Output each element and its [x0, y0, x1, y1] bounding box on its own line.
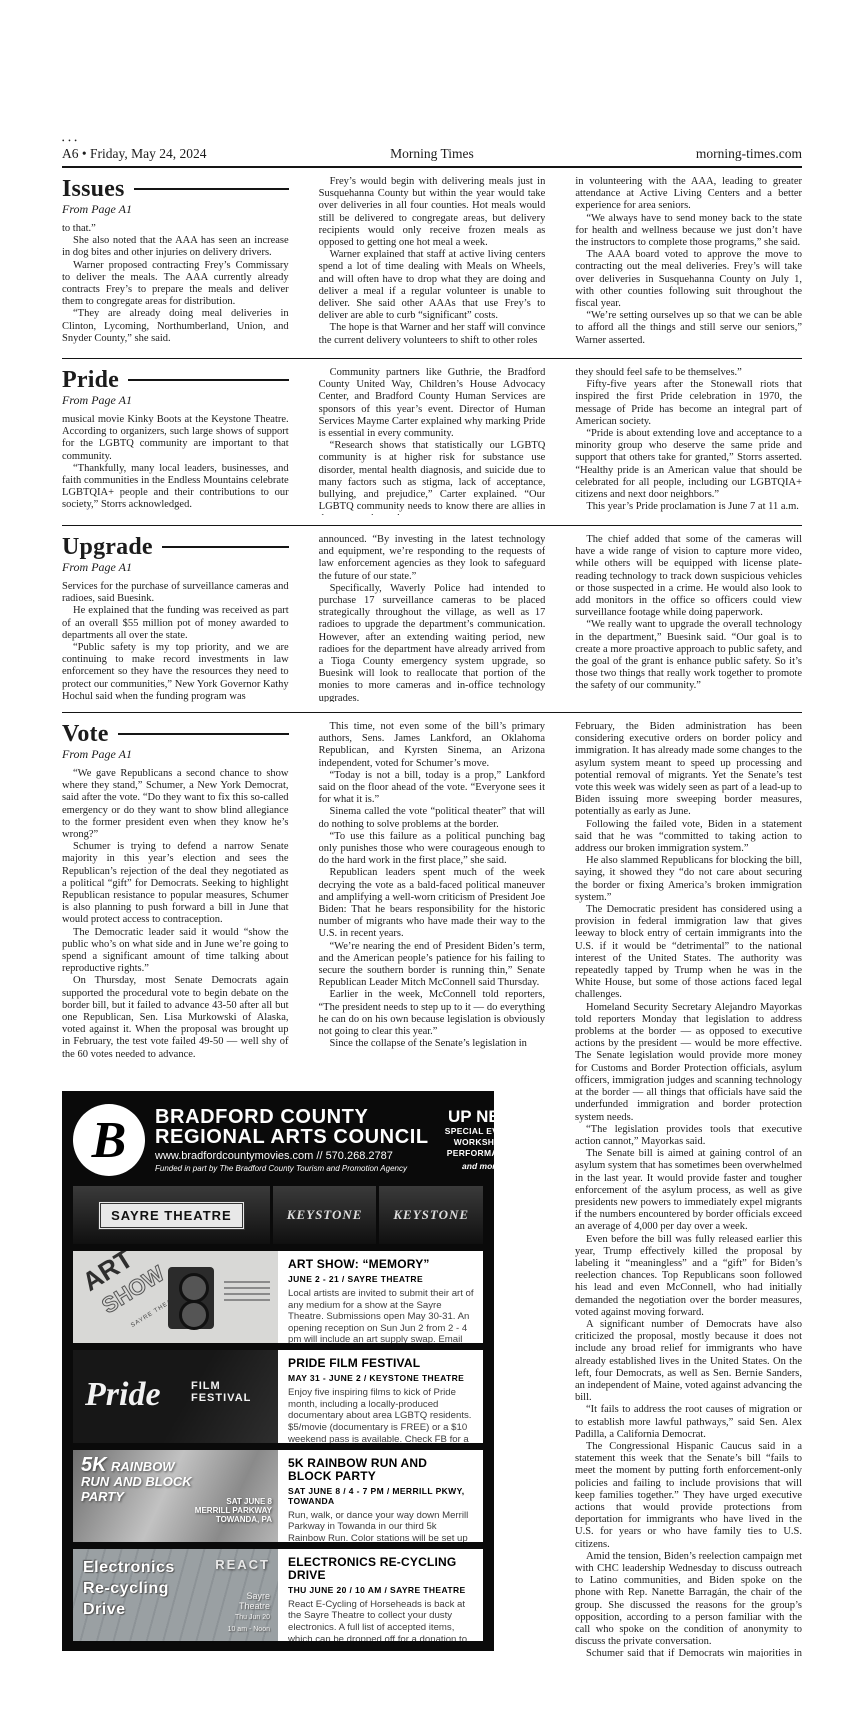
- section-heading: Pride From Page A1: [62, 367, 289, 408]
- article-paragraph: Amid the tension, Biden’s reelection cam…: [575, 1551, 802, 1649]
- venue-line: Sayre: [246, 1591, 270, 1601]
- keystone-theatre-photo-2: KEYSTONE: [379, 1186, 483, 1244]
- pride-column-3: they should feel safe to be themselves.”…: [575, 367, 802, 515]
- recycling-drive-image: Electronics Re-cycling Drive REACT Sayre…: [73, 1549, 278, 1641]
- article-paragraph: “We’re setting ourselves up so that we c…: [575, 310, 802, 347]
- article-section-pride: Pride From Page A1 musical movie Kinky B…: [62, 358, 802, 525]
- ad-header: B BRADFORD COUNTY REGIONAL ARTS COUNCIL …: [73, 1101, 483, 1179]
- section-heading: Vote From Page A1: [62, 721, 289, 762]
- article-paragraph: musical movie Kinky Boots at the Keyston…: [62, 414, 289, 463]
- masthead-page-info: • • • A6 • Friday, May 24, 2024: [62, 146, 309, 162]
- heading-rule: [118, 733, 289, 735]
- article-paragraph: Republican leaders spent much of the wee…: [319, 867, 546, 940]
- bcrac-advertisement: B BRADFORD COUNTY REGIONAL ARTS COUNCIL …: [62, 1091, 494, 1651]
- article-paragraph: The chief added that some of the cameras…: [575, 534, 802, 619]
- vote-column-1: Vote From Page A1 “We gave Republicans a…: [62, 721, 289, 1079]
- section-heading: Issues From Page A1: [62, 176, 289, 217]
- event-description: Run, walk, or dance your way down Merril…: [288, 1510, 474, 1542]
- venue-date: Thu Jun 20: [235, 1614, 270, 1621]
- section-title: Upgrade: [62, 534, 153, 560]
- article-paragraph: Earlier in the week, McConnell told repo…: [319, 989, 546, 1038]
- pride-film-word: FILM: [191, 1380, 221, 1392]
- upnext-more: and more...: [439, 1161, 531, 1172]
- schedule-text-lines: [224, 1281, 270, 1305]
- article-paragraph: “Thankfully, many local leaders, busines…: [62, 463, 289, 512]
- event-date-venue: MAY 31 - JUNE 2 / KEYSTONE THEATRE: [288, 1373, 474, 1383]
- section-title: Pride: [62, 367, 119, 393]
- newspaper-page: • • • A6 • Friday, May 24, 2024 Morning …: [0, 0, 864, 1728]
- article-paragraph: Even before the bill was fully released …: [575, 1234, 802, 1319]
- article-paragraph: “Public safety is my top priority, and w…: [62, 642, 289, 702]
- ad-funding-note: Funded in part by The Bradford County To…: [155, 1164, 429, 1173]
- pride-column-1: Pride From Page A1 musical movie Kinky B…: [62, 367, 289, 515]
- run-block-text: AND BLOCK: [114, 1474, 192, 1489]
- ad-upnext-block: UP NEXT SPECIAL EVENTS, WORKSHOPS, PERFO…: [439, 1108, 531, 1172]
- article-paragraph: Schumer said that if Democrats win major…: [575, 1648, 802, 1657]
- org-name-line1: BRADFORD COUNTY: [155, 1107, 429, 1127]
- upnext-title: UP NEXT: [439, 1108, 531, 1126]
- article-paragraph: Warner proposed contracting Frey’s Commi…: [62, 260, 289, 309]
- vote-column-3: February, the Biden administration has b…: [575, 721, 802, 1657]
- pride-image-text: Pride: [85, 1376, 161, 1414]
- article-paragraph: “It fails to address the root causes of …: [575, 1404, 802, 1441]
- article-paragraph: Fifty-five years after the Stonewall rio…: [575, 379, 802, 428]
- event-title: 5K RAINBOW RUN AND BLOCK PARTY: [288, 1457, 474, 1483]
- run-5k-text: 5K: [81, 1454, 107, 1476]
- event-text-block: ART SHOW: “MEMORY” JUNE 2 - 21 / SAYRE T…: [278, 1251, 483, 1343]
- column-text: musical movie Kinky Boots at the Keyston…: [62, 414, 289, 512]
- electronics-word: Electronics: [83, 1559, 175, 1576]
- continued-from: From Page A1: [62, 393, 289, 408]
- article-section-vote: Vote From Page A1 “We gave Republicans a…: [62, 712, 802, 1667]
- keystone-theatre-photo: KEYSTONE: [273, 1186, 377, 1244]
- article-paragraph: Services for the purchase of surveillanc…: [62, 581, 289, 605]
- recycling-word: Re-cycling: [83, 1580, 169, 1597]
- keystone-marquee-sign: KEYSTONE: [287, 1207, 363, 1223]
- continued-from: From Page A1: [62, 747, 289, 762]
- run-image-text: 5K RAINBOW RUN AND BLOCK PARTY: [81, 1458, 192, 1504]
- article-paragraph: She also noted that the AAA has seen an …: [62, 235, 289, 259]
- run-location-text-2: TOWANDA, PA: [216, 1515, 272, 1524]
- article-paragraph: “They are already doing meal deliveries …: [62, 308, 289, 345]
- electronics-image-text: Electronics Re-cycling Drive: [83, 1557, 175, 1620]
- article-paragraph: to that.”: [62, 223, 289, 235]
- publication-name: Morning Times: [309, 146, 556, 162]
- publication-website: morning-times.com: [555, 146, 802, 162]
- upgrade-column-2: announced. “By investing in the latest t…: [319, 534, 546, 702]
- event-text-block: ELECTRONICS RE-CYCLING DRIVE THU JUNE 20…: [278, 1549, 483, 1641]
- event-text-block: 5K RAINBOW RUN AND BLOCK PARTY SAT JUNE …: [278, 1450, 483, 1542]
- article-paragraph: Sinema called the vote “political theate…: [319, 806, 546, 830]
- heading-rule: [134, 188, 289, 190]
- ad-event-rainbow-run: 5K RAINBOW RUN AND BLOCK PARTY SAT JUNE …: [73, 1450, 483, 1542]
- run-location-text: MERRILL PARKWAY: [195, 1506, 272, 1515]
- react-logo: REACT: [215, 1557, 270, 1572]
- vote-column-2: This time, not even some of the bill’s p…: [319, 721, 546, 1079]
- article-paragraph: in volunteering with the AAA, leading to…: [575, 176, 802, 213]
- masthead: • • • A6 • Friday, May 24, 2024 Morning …: [62, 146, 802, 168]
- vote-left-area: Vote From Page A1 “We gave Republicans a…: [62, 721, 545, 1657]
- section-heading: Upgrade From Page A1: [62, 534, 289, 575]
- article-paragraph: they should feel safe to be themselves.”: [575, 367, 802, 379]
- article-paragraph: Since the collapse of the Senate’s legis…: [319, 1038, 546, 1050]
- article-paragraph: “We’re nearing the end of President Bide…: [319, 941, 546, 990]
- article-paragraph: announced. “By investing in the latest t…: [319, 534, 546, 583]
- article-paragraph: He explained that the funding was receiv…: [62, 605, 289, 642]
- section-title: Vote: [62, 721, 109, 747]
- org-name-line2: REGIONAL ARTS COUNCIL: [155, 1127, 429, 1147]
- pride-image-subtext: FILM FESTIVAL: [191, 1380, 251, 1404]
- pride-festival-image: Pride FILM FESTIVAL: [73, 1350, 278, 1442]
- article-paragraph: “To use this failure as a political punc…: [319, 831, 546, 868]
- event-date-venue: JUNE 2 - 21 / SAYRE THEATRE: [288, 1274, 474, 1284]
- article-paragraph: “We gave Republicans a second chance to …: [62, 768, 289, 841]
- article-paragraph: Specifically, Waverly Police had intende…: [319, 583, 546, 702]
- venue-time: 10 am - Noon: [228, 1626, 270, 1633]
- column-text: to that.”She also noted that the AAA has…: [62, 223, 289, 345]
- theatre-photos-strip: SAYRE THEATRE KEYSTONE KEYSTONE: [73, 1186, 483, 1244]
- section-title: Issues: [62, 176, 125, 202]
- run-rainbow-text: RAINBOW: [111, 1459, 175, 1474]
- ad-org-block: BRADFORD COUNTY REGIONAL ARTS COUNCIL ww…: [155, 1107, 429, 1173]
- issues-column-2: Frey’s would begin with delivering meals…: [319, 176, 546, 348]
- electronics-venue-text: Sayre Theatre Thu Jun 20 10 am - Noon: [228, 1591, 270, 1635]
- event-date-venue: THU JUNE 20 / 10 AM / SAYRE THEATRE: [288, 1585, 474, 1595]
- page-date: A6 • Friday, May 24, 2024: [62, 146, 206, 161]
- article-paragraph: “The legislation provides tools that exe…: [575, 1124, 802, 1148]
- article-paragraph: This time, not even some of the bill’s p…: [319, 721, 546, 770]
- art-show-image: ART SHOW SAYRE THEATRE: [73, 1251, 278, 1343]
- upnext-line: WORKSHOPS,: [439, 1137, 531, 1148]
- run-run-text: RUN: [81, 1474, 109, 1489]
- article-paragraph: Schumer is trying to defend a narrow Sen…: [62, 841, 289, 926]
- upgrade-column-3: The chief added that some of the cameras…: [575, 534, 802, 702]
- ad-event-art-show: ART SHOW SAYRE THEATRE ART SHOW: “MEMORY…: [73, 1251, 483, 1343]
- event-description: Enjoy five inspiring films to kick of Pr…: [288, 1387, 474, 1442]
- article-section-upgrade: Upgrade From Page A1 Services for the pu…: [62, 525, 802, 712]
- article-section-issues: Issues From Page A1 to that.”She also no…: [62, 168, 802, 358]
- column-text: Services for the purchase of surveillanc…: [62, 581, 289, 702]
- article-paragraph: The Congressional Hispanic Caucus said i…: [575, 1441, 802, 1551]
- article-paragraph: He also slammed Republicans for blocking…: [575, 855, 802, 904]
- article-paragraph: The Democratic president has considered …: [575, 904, 802, 1002]
- vintage-camera-icon: [168, 1267, 214, 1329]
- article-paragraph: “Today is not a bill, today is a prop,” …: [319, 770, 546, 807]
- column-text: “We gave Republicans a second chance to …: [62, 768, 289, 1061]
- event-description: React E-Cycling of Horseheads is back at…: [288, 1599, 474, 1641]
- article-paragraph: Frey’s would begin with delivering meals…: [319, 176, 546, 249]
- article-paragraph: Warner explained that staff at active li…: [319, 249, 546, 322]
- article-paragraph: “Research shows that statistically our L…: [319, 440, 546, 515]
- article-paragraph: Community partners like Guthrie, the Bra…: [319, 367, 546, 440]
- page-marker-dots-icon: • • •: [62, 137, 78, 145]
- article-paragraph: The Democratic leader said it would “sho…: [62, 927, 289, 976]
- article-paragraph: “We always have to send money back to th…: [575, 213, 802, 250]
- article-paragraph: February, the Biden administration has b…: [575, 721, 802, 819]
- rainbow-run-image: 5K RAINBOW RUN AND BLOCK PARTY SAT JUNE …: [73, 1450, 278, 1542]
- article-paragraph: The Senate bill is aimed at gaining cont…: [575, 1148, 802, 1233]
- continued-from: From Page A1: [62, 202, 289, 217]
- article-paragraph: On Thursday, most Senate Democrats again…: [62, 975, 289, 1060]
- event-title: ART SHOW: “MEMORY”: [288, 1258, 474, 1271]
- article-paragraph: Homeland Security Secretary Alejandro Ma…: [575, 1002, 802, 1124]
- ad-website-link: www.bradfordcountymovies.com // 570.268.…: [155, 1150, 429, 1162]
- event-description: Local artists are invited to submit thei…: [288, 1288, 474, 1343]
- ad-event-pride-film-festival: Pride FILM FESTIVAL PRIDE FILM FESTIVAL …: [73, 1350, 483, 1442]
- keystone-marquee-sign: KEYSTONE: [393, 1207, 469, 1223]
- heading-rule: [162, 546, 289, 548]
- run-party-text: PARTY: [81, 1489, 124, 1504]
- bcrac-logo-icon: B: [73, 1104, 145, 1176]
- upgrade-column-1: Upgrade From Page A1 Services for the pu…: [62, 534, 289, 702]
- sayre-marquee-sign: SAYRE THEATRE: [98, 1201, 245, 1230]
- run-date-text: SAT JUNE 8: [226, 1497, 272, 1506]
- article-paragraph: The AAA board voted to approve the move …: [575, 249, 802, 310]
- article-paragraph: A significant number of Democrats have a…: [575, 1319, 802, 1404]
- event-text-block: PRIDE FILM FESTIVAL MAY 31 - JUNE 2 / KE…: [278, 1350, 483, 1442]
- upnext-line: PERFORMANCES: [439, 1148, 531, 1159]
- event-date-venue: SAT JUNE 8 / 4 - 7 PM / MERRILL PKWY, TO…: [288, 1486, 474, 1506]
- pride-column-2: Community partners like Guthrie, the Bra…: [319, 367, 546, 515]
- issues-column-3: in volunteering with the AAA, leading to…: [575, 176, 802, 348]
- article-paragraph: The hope is that Warner and her staff wi…: [319, 322, 546, 346]
- venue-line-2: Theatre: [239, 1601, 270, 1611]
- ad-event-recycling-drive: Electronics Re-cycling Drive REACT Sayre…: [73, 1549, 483, 1641]
- article-paragraph: “Pride is about extending love and accep…: [575, 428, 802, 501]
- event-title: ELECTRONICS RE-CYCLING DRIVE: [288, 1556, 474, 1582]
- upnext-line: SPECIAL EVENTS,: [439, 1126, 531, 1137]
- continued-from: From Page A1: [62, 560, 289, 575]
- article-paragraph: This year’s Pride proclamation is June 7…: [575, 501, 802, 513]
- issues-column-1: Issues From Page A1 to that.”She also no…: [62, 176, 289, 348]
- sayre-theatre-photo: SAYRE THEATRE: [73, 1186, 270, 1244]
- run-image-date: SAT JUNE 8 MERRILL PARKWAY TOWANDA, PA: [195, 1497, 272, 1524]
- article-paragraph: “We really want to upgrade the overall t…: [575, 619, 802, 692]
- pride-festival-word: FESTIVAL: [191, 1392, 251, 1404]
- article-paragraph: Following the failed vote, Biden in a st…: [575, 819, 802, 856]
- event-title: PRIDE FILM FESTIVAL: [288, 1357, 474, 1370]
- heading-rule: [128, 379, 289, 381]
- drive-word: Drive: [83, 1601, 126, 1618]
